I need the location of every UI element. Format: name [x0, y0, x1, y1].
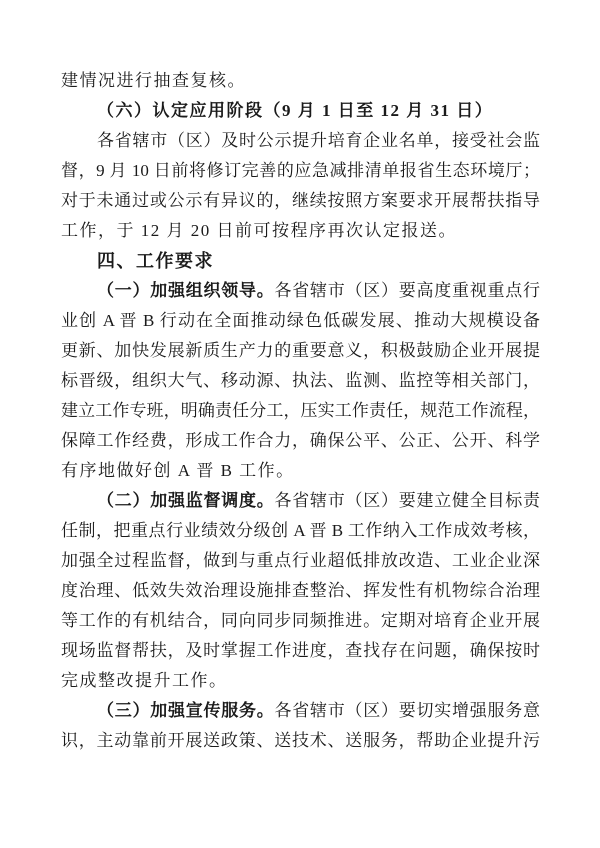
body-line: 任制，把重点行业绩效分级创 A 晋 B 工作纳入工作成效考核，	[61, 516, 540, 546]
paragraph-lead: （二）加强监督调度。	[97, 491, 275, 510]
body-line: 保障工作经费，形成工作合力，确保公平、公正、公开、科学	[61, 426, 540, 456]
body-line: 各省辖市（区）及时公示提升培育企业名单，接受社会监	[61, 126, 540, 156]
body-line: 工作，于 12 月 20 日前可按程序再次认定报送。	[61, 216, 540, 246]
body-line: 业创 A 晋 B 行动在全面推动绿色低碳发展、推动大规模设备	[61, 306, 540, 336]
body-line: （三）加强宣传服务。各省辖市（区）要切实增强服务意	[61, 696, 540, 726]
body-line: 加强全过程监督，做到与重点行业超低排放改造、工业企业深	[61, 546, 540, 576]
section-heading: 四、工作要求	[61, 246, 540, 276]
paragraph-text: 各省辖市（区）要建立健全目标责	[275, 491, 541, 510]
document-page: 建情况进行抽查复核。 （六）认定应用阶段（9 月 1 日至 12 月 31 日）…	[0, 0, 600, 848]
body-line: 识，主动靠前开展送政策、送技术、送服务，帮助企业提升污	[61, 726, 540, 756]
paragraph-lead: （一）加强组织领导。	[97, 281, 275, 300]
paragraph-text: 各省辖市（区）要高度重视重点行	[275, 281, 541, 300]
body-line: 完成整改提升工作。	[61, 666, 540, 696]
body-line: 对于未通过或公示有异议的，继续按照方案要求开展帮扶指导	[61, 186, 540, 216]
body-line: 建立工作专班，明确责任分工，压实工作责任，规范工作流程，	[61, 396, 540, 426]
body-line: 有序地做好创 A 晋 B 工作。	[61, 456, 540, 486]
body-line: （一）加强组织领导。各省辖市（区）要高度重视重点行	[61, 276, 540, 306]
body-line: 现场监督帮扶，及时掌握工作进度，查找存在问题，确保按时	[61, 636, 540, 666]
body-line: 度治理、低效失效治理设施排查整治、挥发性有机物综合治理	[61, 576, 540, 606]
body-line: 等工作的有机结合，同向同步同频推进。定期对培育企业开展	[61, 606, 540, 636]
body-line: 督，9 月 10 日前将修订完善的应急减排清单报省生态环境厅；	[61, 156, 540, 186]
body-line: （二）加强监督调度。各省辖市（区）要建立健全目标责	[61, 486, 540, 516]
body-line: 建情况进行抽查复核。	[61, 66, 540, 96]
subsection-heading: （六）认定应用阶段（9 月 1 日至 12 月 31 日）	[61, 96, 540, 126]
body-line: 更新、加快发展新质生产力的重要意义，积极鼓励企业开展提	[61, 336, 540, 366]
paragraph-lead: （三）加强宣传服务。	[97, 701, 275, 720]
paragraph-text: 各省辖市（区）要切实增强服务意	[275, 701, 541, 720]
body-line: 标晋级，组织大气、移动源、执法、监测、监控等相关部门，	[61, 366, 540, 396]
